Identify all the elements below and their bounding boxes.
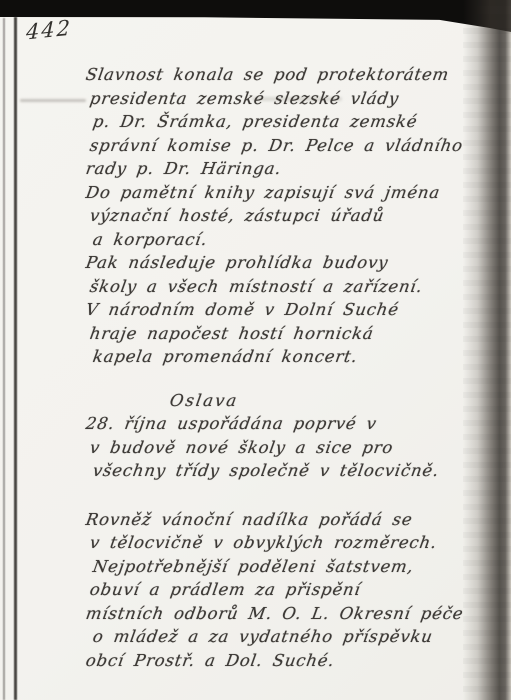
manuscript-line: 28. října uspořádána poprvé v xyxy=(86,412,478,436)
manuscript-line: místních odborů M. O. L. Okresní péče xyxy=(86,602,478,626)
manuscript-line: kapela promenádní koncert. xyxy=(93,345,478,369)
manuscript-line: obuví a prádlem za přispění xyxy=(90,578,478,602)
manuscript-line: význační hosté, zástupci úřadů xyxy=(90,204,478,228)
page-number: 442 xyxy=(26,15,73,44)
manuscript-line: Do pamětní knihy zapisují svá jména xyxy=(86,181,478,205)
manuscript-line: V národním domě v Dolní Suché xyxy=(86,298,478,322)
page-edge-line-inner xyxy=(14,17,17,700)
manuscript-line: Rovněž vánoční nadílka pořádá se xyxy=(86,508,478,532)
manuscript-line: o mládež a za vydatného příspěvku xyxy=(93,625,478,649)
paragraph-celebration: 28. října uspořádána poprvé v v budově n… xyxy=(86,412,478,483)
paragraph-school-tour: Pak následuje prohlídka budovy školy a v… xyxy=(86,251,478,298)
scanned-manuscript-page: 442 Slavnost konala se pod protektorátem… xyxy=(0,0,511,700)
manuscript-line: a korporací. xyxy=(93,228,478,252)
manuscript-line: školy a všech místností a zařízení. xyxy=(90,275,478,299)
paragraph-christmas-charity: Rovněž vánoční nadílka pořádá se v těloc… xyxy=(86,508,478,673)
manuscript-line: p. Dr. Šrámka, presidenta zemské xyxy=(93,110,478,134)
manuscript-line: v budově nové školy a sice pro xyxy=(90,436,478,460)
manuscript-line: Nejpotřebnější poděleni šatstvem, xyxy=(93,555,478,579)
manuscript-line: rady p. Dr. Häringa. xyxy=(86,157,478,181)
manuscript-line: Slavnost konala se pod protektorátem xyxy=(86,63,478,87)
paragraph-concert: V národním domě v Dolní Suché hraje napo… xyxy=(86,298,478,369)
paragraph-protectorate: Slavnost konala se pod protektorátem pre… xyxy=(86,63,478,181)
manuscript-line: hraje napočest hostí hornická xyxy=(90,322,478,346)
paragraph-memorial-book: Do pamětní knihy zapisují svá jména význ… xyxy=(86,181,478,252)
manuscript-line: v tělocvičně v obvyklých rozměrech. xyxy=(90,531,478,555)
manuscript-line: všechny třídy společně v tělocvičně. xyxy=(93,459,478,483)
manuscript-line: Pak následuje prohlídka budovy xyxy=(86,251,478,275)
section-heading-oslava: Oslava xyxy=(170,389,478,413)
manuscript-line: obcí Prostř. a Dol. Suché. xyxy=(86,649,478,673)
pencil-smudge xyxy=(20,99,86,102)
manuscript-line: presidenta zemské slezské vlády xyxy=(90,87,478,111)
page-edge-line-outer xyxy=(3,18,5,700)
scan-top-black-band xyxy=(0,0,511,32)
manuscript-line: správní komise p. Dr. Pelce a vládního xyxy=(90,134,478,158)
handwritten-text-block: Slavnost konala se pod protektorátem pre… xyxy=(86,63,478,672)
